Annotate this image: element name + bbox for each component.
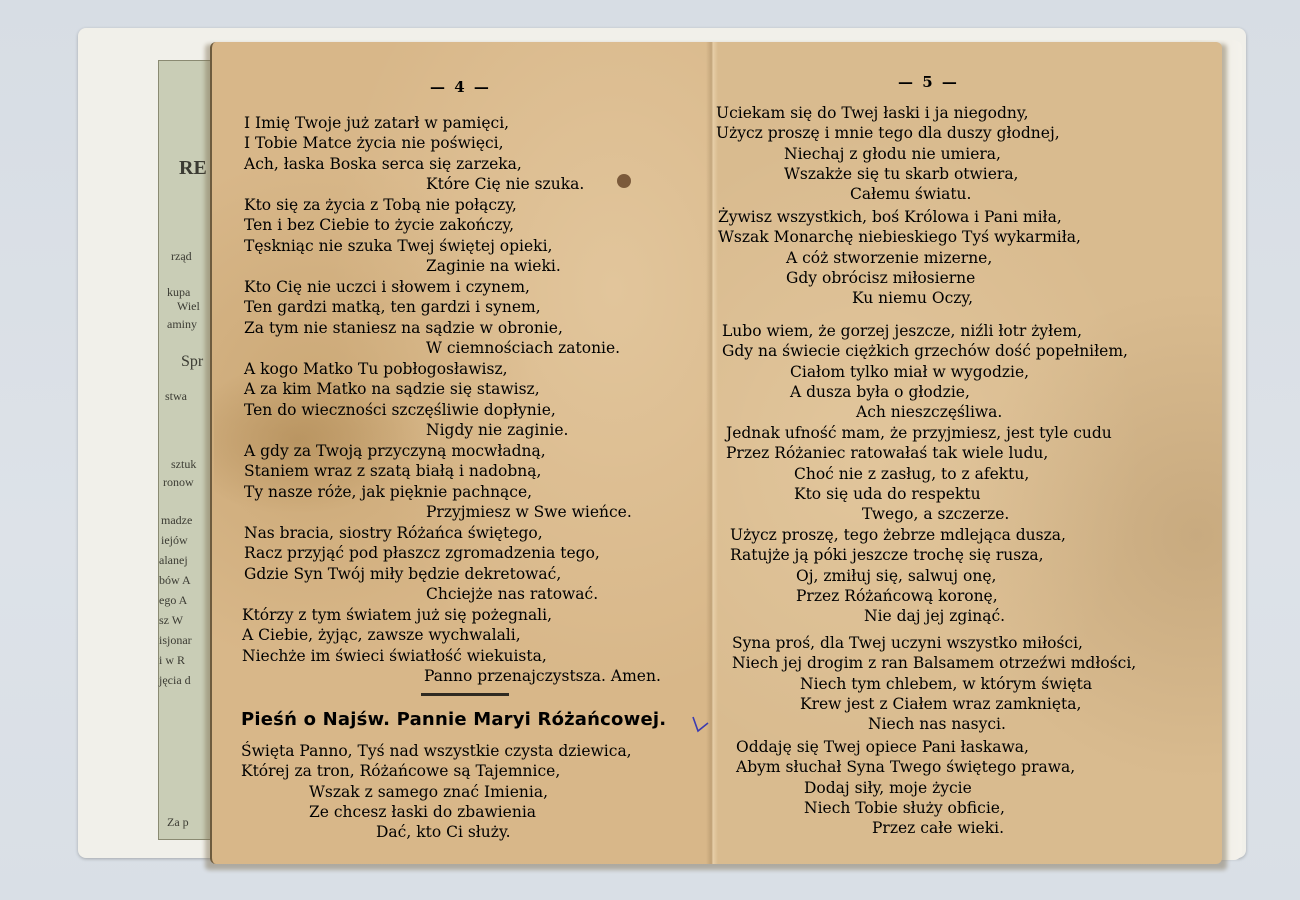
verse-line: Kto Cię nie uczci i słowem i czynem, [244,277,620,297]
insert-fragment: stwa [165,389,187,404]
stanza: A kogo Matko Tu pobłogosławisz, A za kim… [244,359,568,440]
insert-fragment: sz W [159,613,183,628]
insert-fragment: bów A [159,573,191,588]
verse-line: A za kim Matko na sądzie się stawisz, [244,379,568,399]
verse-line: Wszak z samego znać Imienia, [241,782,632,802]
verse-line: Całemu światu. [716,184,1060,204]
verse-line: Przez Różaniec ratowałaś tak wiele ludu, [726,443,1112,463]
verse-line: Żywisz wszystkich, boś Królowa i Pani mi… [718,207,1081,227]
stanza: Którzy z tym światem już się pożegnali, … [242,605,661,686]
verse-line: Wszakże się tu skarb otwiera, [716,164,1060,184]
verse-line: Gdzie Syn Twój miły będzie dekretować, [244,564,600,584]
verse-line: Ten gardzi matką, ten gardzi i synem, [244,297,620,317]
verse-line: A cóż stworzenie mizerne, [718,248,1081,268]
verse-line: Ku niemu Oczy, [718,288,1081,308]
verse-line: A kogo Matko Tu pobłogosławisz, [244,359,568,379]
verse-line: Ratujże ją póki jeszcze trochę się rusza… [730,545,1066,565]
insert-fragment: rząd [171,249,192,264]
insert-fragment: i w R [159,653,185,668]
insert-fragment: Spr [181,353,203,371]
stanza: Lubo wiem, że gorzej jeszcze, niźli łotr… [722,321,1128,422]
insert-fragment: madze [161,513,192,528]
song-title: Pieśń o Najśw. Pannie Maryi Różańcowej. [241,709,666,730]
verse-line: Niechże im świeci światłość wiekuista, [242,646,661,666]
insert-fragment: RE [179,157,207,180]
verse-line: A gdy za Twoją przyczyną mocwładną, [244,441,632,461]
verse-line: Twego, a szczerze. [726,504,1112,524]
stanza: Kto się za życia z Tobą nie połączy, Ten… [244,195,561,276]
ink-spot [617,174,631,188]
stanza: Syna proś, dla Twej uczyni wszystko miło… [732,633,1136,734]
stanza: Nas bracia, siostry Różańca świętego, Ra… [244,523,600,604]
verse-line: Niech tym chlebem, w którym święta [732,674,1136,694]
verse-line: Staniem wraz z szatą białą i nadobną, [244,461,632,481]
stanza: Uciekam się do Twej łaski i ja niegodny,… [716,103,1060,204]
page-number-right: — 5 — [898,73,959,91]
verse-line-refrain: Które Cię nie szuka. [244,174,584,194]
verse-line: Dać, kto Ci służy. [241,822,632,842]
verse-line: Uciekam się do Twej łaski i ja niegodny, [716,103,1060,123]
verse-line: Lubo wiem, że gorzej jeszcze, niźli łotr… [722,321,1128,341]
verse-line: Ze chcesz łaski do zbawienia [241,802,632,822]
verse-line: Krew jest z Ciałem wraz zamknięta, [732,694,1136,714]
verse-line: Racz przyjąć pod płaszcz zgromadzenia te… [244,543,600,563]
verse-line: Przez Różańcową koronę, [730,586,1066,606]
verse-line: Abym słuchał Syna Twego świętego prawa, [736,757,1075,777]
verse-line: I Tobie Matce życia nie poświęci, [244,133,584,153]
verse-line: Za tym nie staniesz na sądzie w obronie, [244,318,620,338]
insert-fragment: sztuk [171,457,196,472]
stanza: Oddaję się Twej opiece Pani łaskawa, Aby… [736,737,1075,838]
verse-line: A Ciebie, żyjąc, zawsze wychwalali, [242,625,661,645]
stanza: Kto Cię nie uczci i słowem i czynem, Ten… [244,277,620,358]
verse-line: Niechaj z głodu nie umiera, [716,144,1060,164]
verse-line: A dusza była o głodzie, [722,382,1128,402]
verse-line: Gdy na świecie ciężkich grzechów dość po… [722,341,1128,361]
verse-line: Dodaj siły, moje życie [736,778,1075,798]
verse-line: Nie daj jej zginąć. [730,606,1066,626]
verse-line: I Imię Twoje już zatarł w pamięci, [244,113,584,133]
verse-line: Niech Tobie służy obficie, [736,798,1075,818]
verse-line: Użycz proszę, tego żebrze mdlejąca dusza… [730,525,1066,545]
verse-line: Niech jej drogim z ran Balsamem otrzeźwi… [732,653,1136,673]
insert-fragment: alanej [159,553,188,568]
verse-line-refrain: W ciemnościach zatonie. [244,338,620,358]
verse-line: Przez całe wieki. [736,818,1075,838]
verse-line-refrain: Zaginie na wieki. [244,256,561,276]
verse-line: Tęskniąc nie szuka Twej świętej opieki, [244,236,561,256]
verse-line: Syna proś, dla Twej uczyni wszystko miło… [732,633,1136,653]
stanza: Użycz proszę, tego żebrze mdlejąca dusza… [730,525,1066,626]
verse-line-refrain: Chciejże nas ratować. [244,584,600,604]
section-divider [421,693,509,696]
verse-line: Ach, łaska Boska serca się zarzeka, [244,154,584,174]
verse-line: Ty nasze róże, jak pięknie pachnące, [244,482,632,502]
insert-fragment: ego A [159,593,187,608]
verse-line: Wszak Monarchę niebieskiego Tyś wykarmił… [718,227,1081,247]
verse-line: Jednak ufność mam, że przyjmiesz, jest t… [726,423,1112,443]
stanza: Jednak ufność mam, że przyjmiesz, jest t… [726,423,1112,524]
stanza: I Imię Twoje już zatarł w pamięci, I Tob… [244,113,584,194]
insert-fragment: isjonar [159,633,192,648]
insert-fragment: Za p [167,815,189,830]
verse-line-refrain: Panno przenajczystsza. Amen. [242,666,661,686]
stanza: Święta Panno, Tyś nad wszystkie czysta d… [241,741,632,842]
insert-fragment: jęcia d [159,673,191,688]
verse-line: Ach nieszczęśliwa. [722,402,1128,422]
verse-line: Ciałom tylko miał w wygodzie, [722,362,1128,382]
verse-line: Którzy z tym światem już się pożegnali, [242,605,661,625]
verse-line: Ten do wieczności szczęśliwie dopłynie, [244,400,568,420]
verse-line: Użycz proszę i mnie tego dla duszy głodn… [716,123,1060,143]
insert-fragment: Wiel [177,299,200,314]
verse-line-refrain: Przyjmiesz w Swe wieńce. [244,502,632,522]
insert-fragment: kupa [167,285,190,300]
verse-line: Kto się za życia z Tobą nie połączy, [244,195,561,215]
verse-line: Oj, zmiłuj się, salwuj onę, [730,566,1066,586]
verse-line: Święta Panno, Tyś nad wszystkie czysta d… [241,741,632,761]
stanza: A gdy za Twoją przyczyną mocwładną, Stan… [244,441,632,522]
page-number-left: — 4 — [430,78,491,96]
verse-line: Kto się uda do respektu [726,484,1112,504]
insert-fragment: aminy [167,317,197,332]
insert-fragment: iejów [161,533,188,548]
verse-line: Oddaję się Twej opiece Pani łaskawa, [736,737,1075,757]
verse-line: Nas bracia, siostry Różańca świętego, [244,523,600,543]
insert-fragment: ronow [163,475,194,490]
stanza: Żywisz wszystkich, boś Królowa i Pani mi… [718,207,1081,308]
verse-line: Gdy obrócisz miłosierne [718,268,1081,288]
verse-line: Choć nie z zasług, to z afektu, [726,464,1112,484]
verse-line: Niech nas nasyci. [732,714,1136,734]
verse-line-refrain: Nigdy nie zaginie. [244,420,568,440]
verse-line: Ten i bez Ciebie to życie zakończy, [244,215,561,235]
verse-line: Której za tron, Różańcowe są Tajemnice, [241,761,632,781]
